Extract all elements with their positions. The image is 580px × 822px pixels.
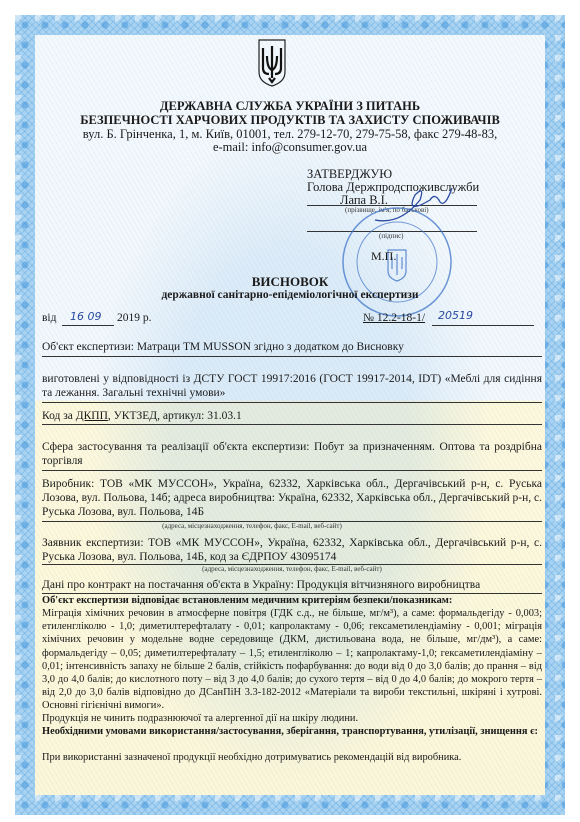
expertise-object: Об'єкт експертизи: Матраци ТМ MUSSON згі… [42, 340, 542, 354]
document-number-handwritten: 20519 [438, 309, 473, 322]
conditions-text: При використанні зазначеної продукції не… [42, 751, 542, 764]
document-subtitle: державної санітарно-епідеміологічної екс… [0, 289, 580, 301]
org-email: e-mail: info@consumer.gov.ua [0, 140, 580, 155]
divider [42, 424, 542, 425]
number-underline [432, 325, 534, 326]
contract-info: Дані про контракт на постачання об'єкта … [42, 578, 542, 592]
manufacturer-caption: (адреса, місцезнаходження, телефон, факс… [42, 522, 462, 530]
date-underline [62, 325, 114, 326]
date-handwritten: 16 09 [70, 310, 102, 323]
conditions-heading: Необхідними умовами використання/застосу… [42, 725, 542, 738]
product-code: Код за ДКПП, УКТЗЕД, артикул: 31.03.1 [42, 409, 542, 423]
scope-of-use: Сфера застосування та реалізації об'єкта… [42, 440, 542, 468]
dkpp-link: ДКПП [76, 410, 108, 422]
document-title: ВИСНОВОК [0, 274, 580, 290]
criteria-text: Міграція хімічних речовин в атмосферне п… [42, 607, 542, 713]
code-rest: , УКТЗЕД, артикул: 31.03.1 [108, 410, 242, 422]
applicant-caption: (адреса, місцезнаходження, телефон, факс… [42, 565, 542, 573]
handwritten-signature [370, 180, 460, 230]
document-number-prefix: № 12.2-18-1/ [363, 311, 425, 325]
date-year: 2019 р. [117, 311, 152, 325]
standard-compliance: виготовлені у відповідності із ДСТУ ГОСТ… [42, 372, 542, 400]
org-name-line2: БЕЗПЕЧНОСТІ ХАРЧОВИХ ПРОДУКТІВ ТА ЗАХИСТ… [0, 113, 580, 128]
criteria-note: Продукція не чинить подразнюючої та алер… [42, 712, 542, 725]
applicant: Заявник експертизи: ТОВ «МК МУССОН», Укр… [42, 536, 542, 564]
date-prefix: від [42, 311, 56, 325]
criteria-heading: Об'єкт експертизи відповідає встановлени… [42, 594, 542, 607]
code-prefix: Код за [42, 410, 76, 422]
org-name-line1: ДЕРЖАВНА СЛУЖБА УКРАЇНИ З ПИТАНЬ [0, 99, 580, 114]
divider [42, 402, 542, 403]
trident-emblem-icon [257, 38, 287, 88]
manufacturer: Виробник: ТОВ «МК МУССОН», Україна, 6233… [42, 477, 542, 520]
divider [42, 356, 542, 357]
seal-label: М.П. [371, 249, 396, 264]
divider [42, 470, 542, 471]
